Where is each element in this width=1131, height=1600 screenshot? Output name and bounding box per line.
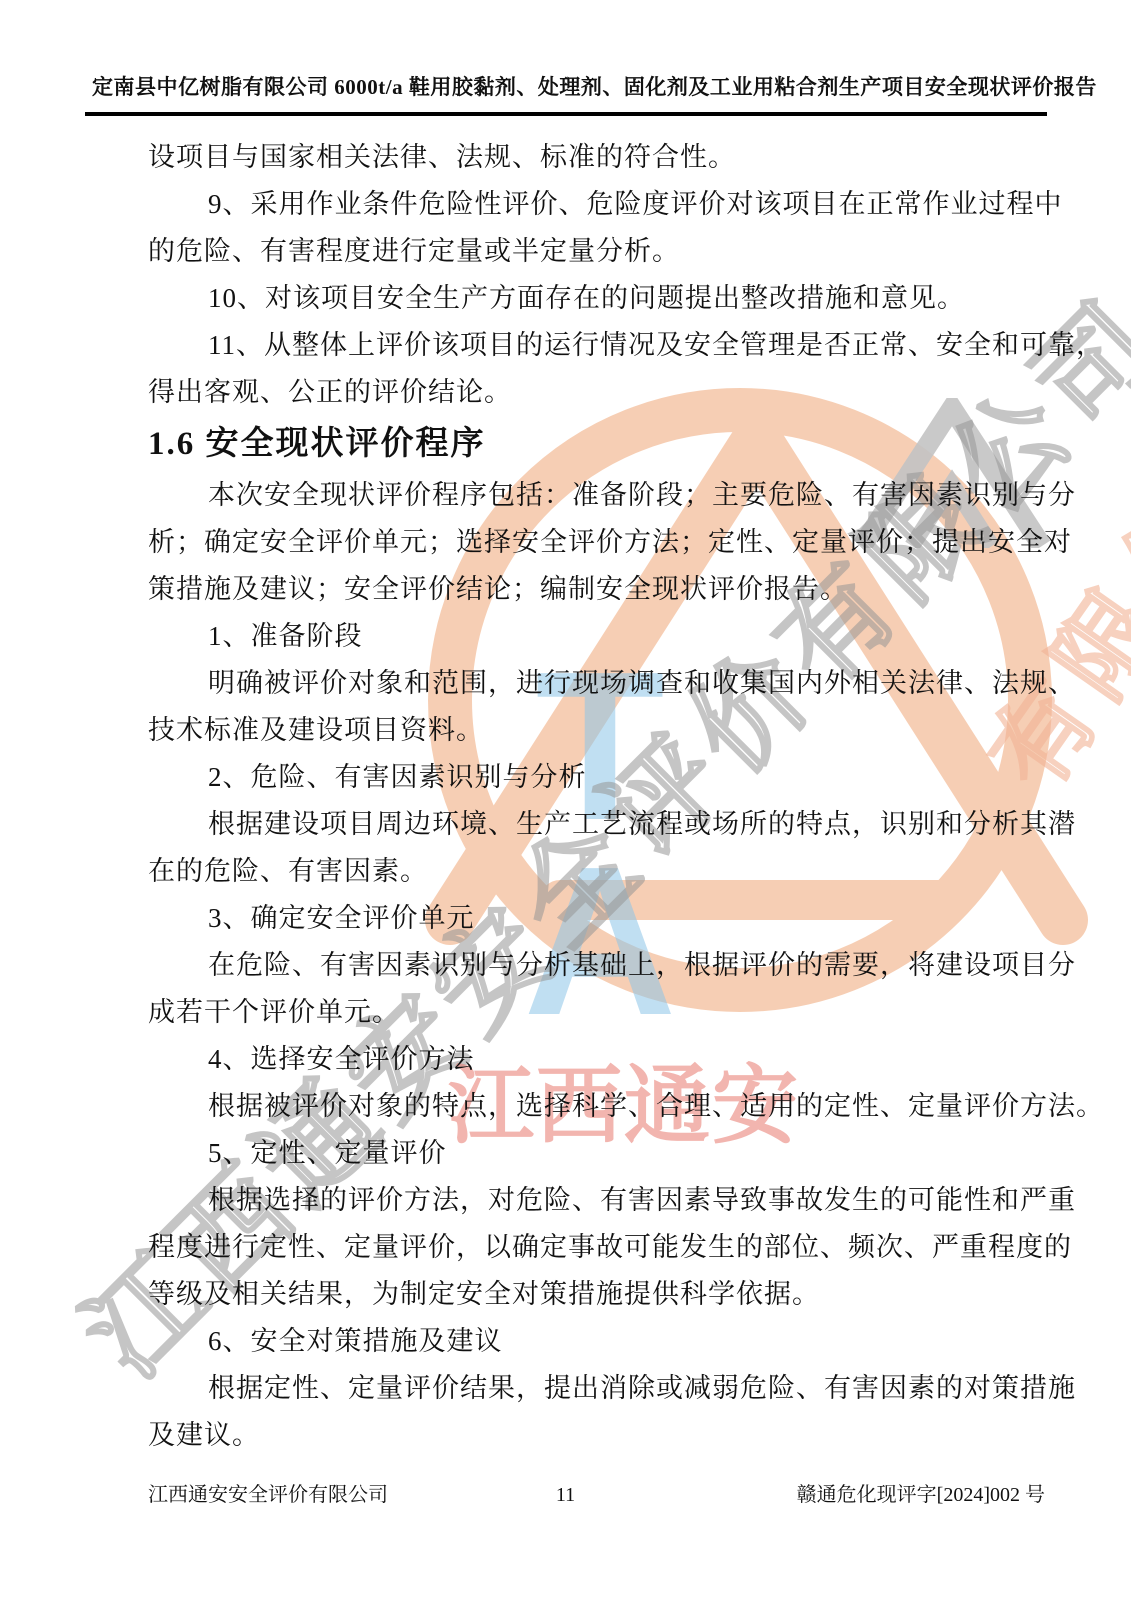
page-footer: 11 江西通安安全评价有限公司 赣通危化现评字[2024]002 号 [0,1480,1131,1510]
text-line: 策措施及建议；安全评价结论；编制安全现状评价报告。 [148,566,1050,613]
text-line: 及建议。 [148,1412,1050,1459]
text-line: 技术标准及建设项目资料。 [148,707,1050,754]
document-body: 设项目与国家相关法律、法规、标准的符合性。 9、采用作业条件危险性评价、危险度评… [148,134,1050,1459]
list-item: 5、定性、定量评价 [148,1130,1050,1177]
text-line: 程度进行定性、定量评价，以确定事故可能发生的部位、频次、严重程度的 [148,1224,1050,1271]
text-line: 本次安全现状评价程序包括：准备阶段；主要危险、有害因素识别与分 [148,472,1050,519]
text-line: 的危险、有害程度进行定量或半定量分析。 [148,228,1050,275]
section-heading-1-6: 1.6 安全现状评价程序 [148,416,1050,472]
text-line: 设项目与国家相关法律、法规、标准的符合性。 [148,134,1050,181]
text-line: 根据选择的评价方法，对危险、有害因素导致事故发生的可能性和严重 [148,1177,1050,1224]
text-line: 11、从整体上评价该项目的运行情况及安全管理是否正常、安全和可靠， [148,322,1050,369]
text-line: 等级及相关结果，为制定安全对策措施提供科学依据。 [148,1271,1050,1318]
text-line: 根据被评价对象的特点，选择科学、合理、适用的定性、定量评价方法。 [148,1083,1050,1130]
footer-doc-number: 赣通危化现评字[2024]002 号 [797,1480,1045,1510]
text-line: 在的危险、有害因素。 [148,848,1050,895]
text-line: 根据建设项目周边环境、生产工艺流程或场所的特点，识别和分析其潜 [148,801,1050,848]
page-header-title: 定南县中亿树脂有限公司 6000t/a 鞋用胶黏剂、处理剂、固化剂及工业用粘合剂… [92,72,1048,102]
list-item: 3、确定安全评价单元 [148,895,1050,942]
text-line: 9、采用作业条件危险性评价、危险度评价对该项目在正常作业过程中 [148,181,1050,228]
text-line: 析；确定安全评价单元；选择安全评价方法；定性、定量评价；提出安全对 [148,519,1050,566]
text-line: 在危险、有害因素识别与分析基础上，根据评价的需要，将建设项目分 [148,942,1050,989]
list-item: 1、准备阶段 [148,613,1050,660]
header-divider [85,112,1047,116]
document-page: T A 江西通安安全评价有限公司 有限公司 江西通安 定南县中亿树脂有限公司 6… [0,0,1131,1600]
footer-company: 江西通安安全评价有限公司 [148,1480,388,1510]
text-line: 10、对该项目安全生产方面存在的问题提出整改措施和意见。 [148,275,1050,322]
text-line: 成若干个评价单元。 [148,989,1050,1036]
text-line: 得出客观、公正的评价结论。 [148,369,1050,416]
list-item: 6、安全对策措施及建议 [148,1318,1050,1365]
text-line: 明确被评价对象和范围，进行现场调查和收集国内外相关法律、法规、 [148,660,1050,707]
text-line: 根据定性、定量评价结果，提出消除或减弱危险、有害因素的对策措施 [148,1365,1050,1412]
list-item: 4、选择安全评价方法 [148,1036,1050,1083]
list-item: 2、危险、有害因素识别与分析 [148,754,1050,801]
